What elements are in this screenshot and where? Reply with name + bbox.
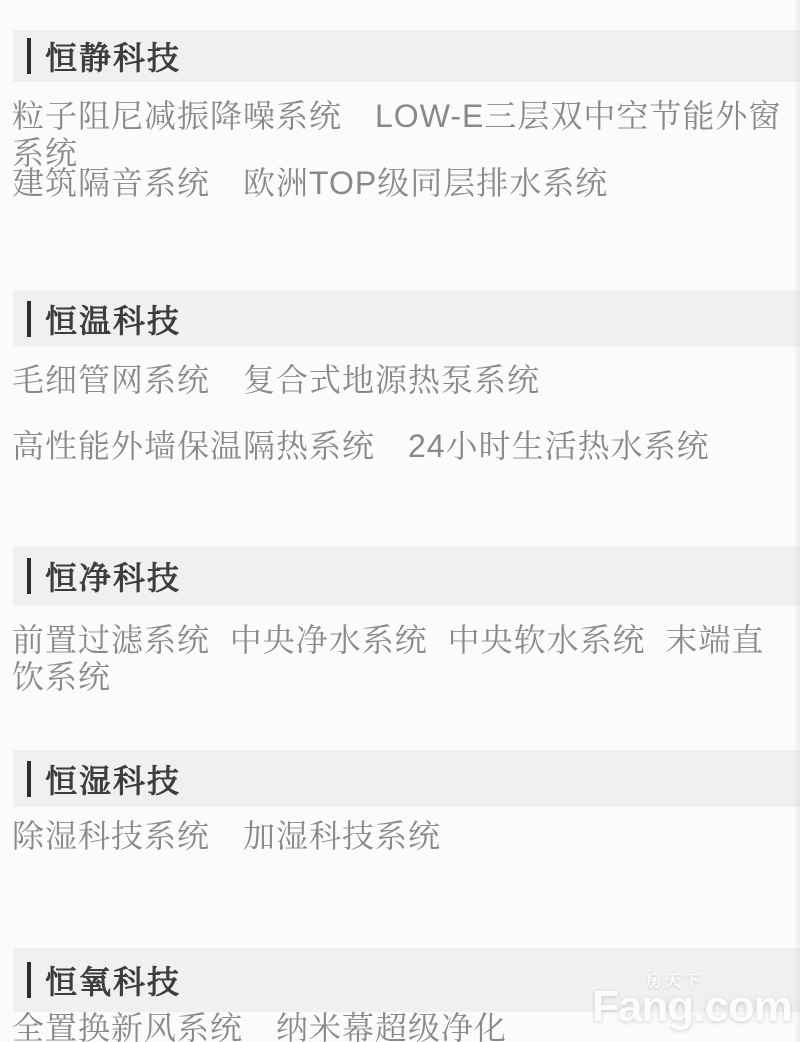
system-list-line: 除湿科技系统 加湿科技系统 [12,818,794,855]
system-list-line: 前置过滤系统 中央净水系统 中央软水系统 末端直饮系统 [12,622,794,696]
watermark-en-text: Fang.com [592,982,792,1032]
fang-watermark-logo: 房天下 Fang.com [592,960,792,1042]
page: 恒静科技 粒子阻尼减振降噪系统 LOW-E三层双中空节能外窗系统 建筑隔音系统 … [0,0,800,1042]
title-accent-bar [27,38,31,74]
section-header: 恒湿科技 [13,750,800,807]
section-title: 恒净科技 [45,553,181,599]
section-header: 恒静科技 [13,30,800,82]
title-accent-bar [27,558,31,594]
section-header: 恒温科技 [13,291,800,347]
section-title: 恒温科技 [45,296,181,342]
system-list-line: 高性能外墙保温隔热系统 24小时生活热水系统 [12,428,794,465]
title-accent-bar [27,301,31,337]
title-accent-bar [27,962,31,998]
title-accent-bar [27,761,31,797]
section-header: 恒净科技 [13,547,800,605]
system-list-line: 粒子阻尼减振降噪系统 LOW-E三层双中空节能外窗系统 [12,98,794,172]
system-list-line: 建筑隔音系统 欧洲TOP级同层排水系统 [12,165,794,202]
scan-edge-shadow [793,0,800,1042]
section-title: 恒氧科技 [45,957,181,1003]
section-title: 恒湿科技 [45,756,181,802]
section-title: 恒静科技 [45,33,181,79]
system-list-line: 毛细管网系统 复合式地源热泵系统 [12,362,794,399]
